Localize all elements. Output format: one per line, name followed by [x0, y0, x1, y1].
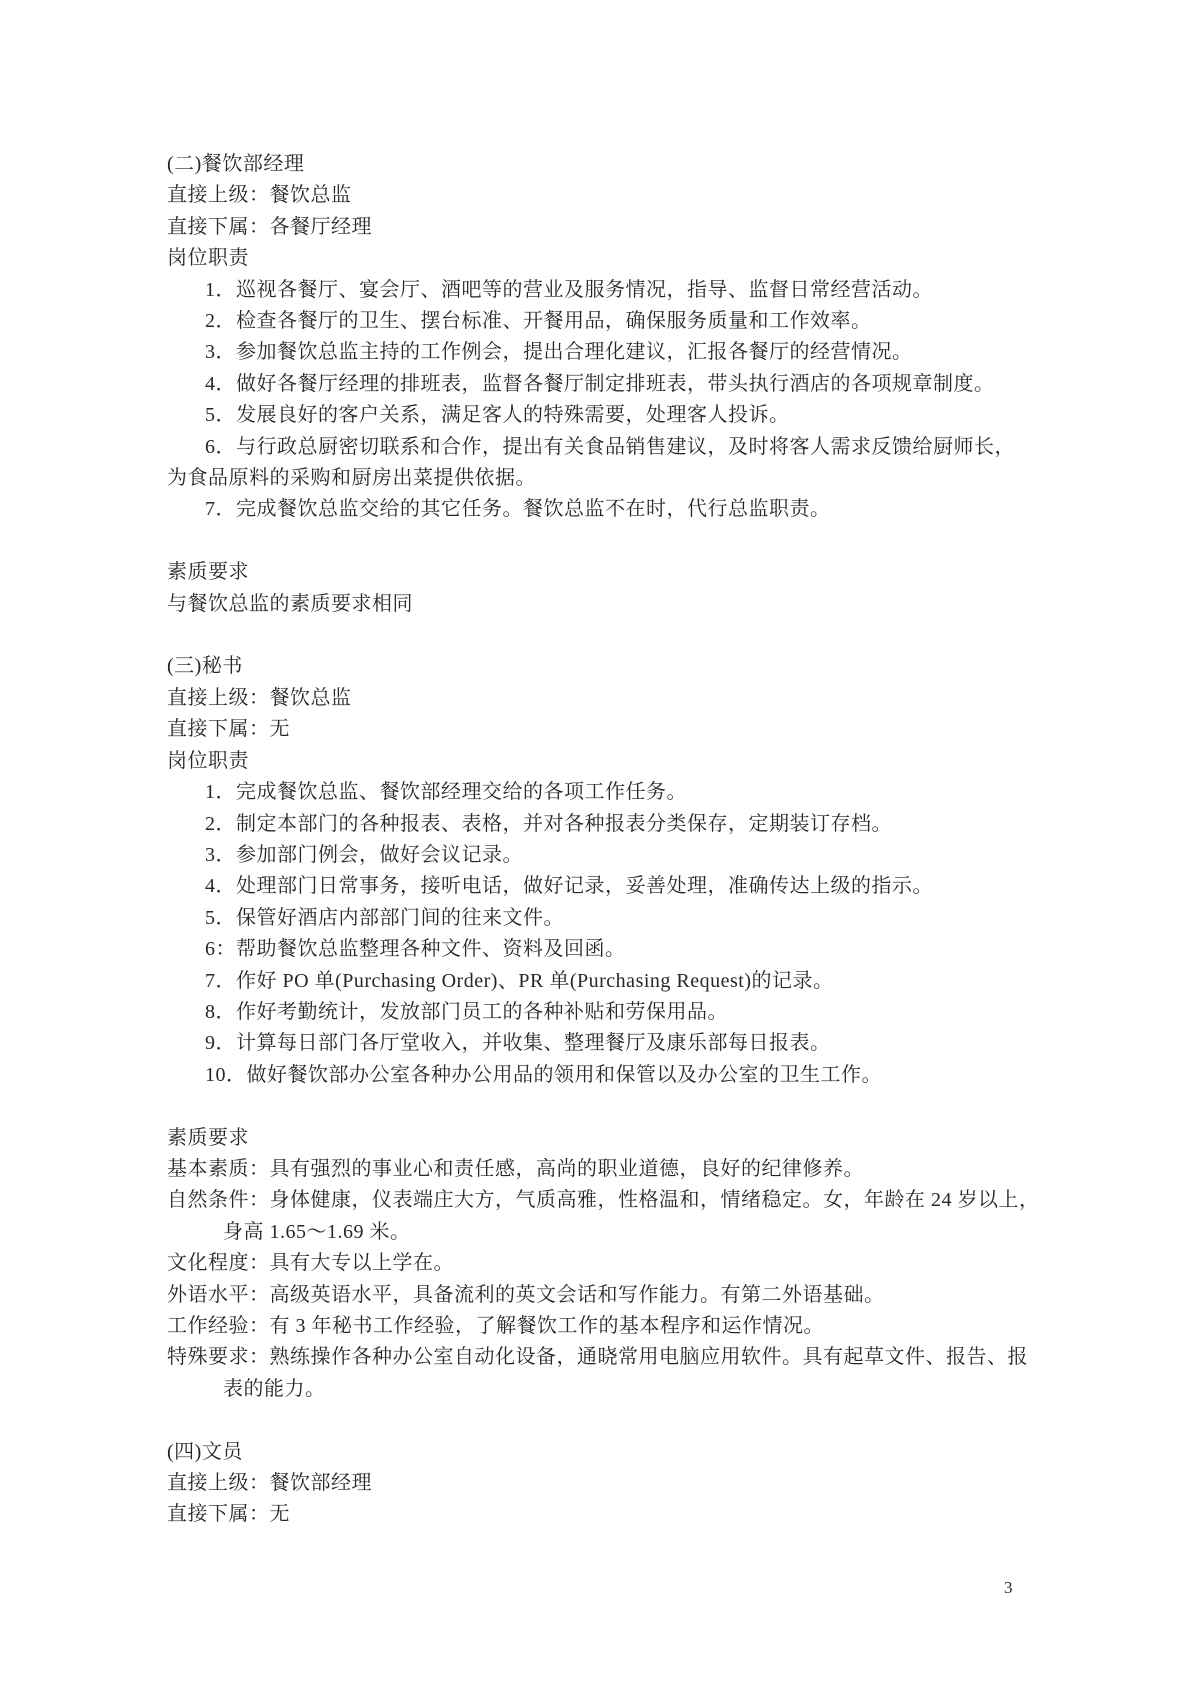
- text-line: 素质要求: [167, 1123, 1067, 1154]
- text-line: 表的能力。: [167, 1374, 1067, 1405]
- text-line: 1．巡视各餐厅、宴会厅、酒吧等的营业及服务情况，指导、监督日常经营活动。: [167, 275, 1067, 306]
- section-4-clerk: (四)文员直接上级：餐饮部经理直接下属：无: [167, 1437, 1067, 1531]
- text-line: (三)秘书: [167, 651, 1067, 682]
- text-line: 2．检查各餐厅的卫生、摆台标准、开餐用品，确保服务质量和工作效率。: [167, 306, 1067, 337]
- text-line: 8．作好考勤统计，发放部门员工的各种补贴和劳保用品。: [167, 997, 1067, 1028]
- text-line: 6：帮助餐饮总监整理各种文件、资料及回函。: [167, 934, 1067, 965]
- text-line: (二)餐饮部经理: [167, 149, 1067, 180]
- text-line: 7．完成餐饮总监交给的其它任务。餐饮总监不在时，代行总监职责。: [167, 494, 1067, 525]
- text-line: 基本素质：具有强烈的事业心和责任感，高尚的职业道德，良好的纪律修养。: [167, 1154, 1067, 1185]
- text-line: 3．参加餐饮总监主持的工作例会，提出合理化建议，汇报各餐厅的经营情况。: [167, 337, 1067, 368]
- text-line: 7．作好 PO 单(Purchasing Order)、PR 单(Purchas…: [167, 966, 1067, 997]
- text-line: 外语水平：高级英语水平，具备流利的英文会话和写作能力。有第二外语基础。: [167, 1280, 1067, 1311]
- text-line: 直接下属：无: [167, 1499, 1067, 1530]
- text-line: 6．与行政总厨密切联系和合作，提出有关食品销售建议，及时将客人需求反馈给厨师长，: [167, 432, 1067, 463]
- text-line: 岗位职责: [167, 746, 1067, 777]
- section-2-fnb-manager: (二)餐饮部经理直接上级：餐饮总监直接下属：各餐厅经理岗位职责1．巡视各餐厅、宴…: [167, 149, 1067, 526]
- text-line: 直接下属：无: [167, 714, 1067, 745]
- text-line: 身高 1.65～1.69 米。: [167, 1217, 1067, 1248]
- text-line: 4．做好各餐厅经理的排班表，监督各餐厅制定排班表，带头执行酒店的各项规章制度。: [167, 369, 1067, 400]
- text-line: 为食品原料的采购和厨房出菜提供依据。: [167, 463, 1067, 494]
- section-2-quality-requirements: 素质要求与餐饮总监的素质要求相同: [167, 557, 1067, 620]
- text-line: 直接下属：各餐厅经理: [167, 212, 1067, 243]
- text-line: 5．保管好酒店内部部门间的往来文件。: [167, 903, 1067, 934]
- text-line: 与餐饮总监的素质要求相同: [167, 589, 1067, 620]
- text-line: 1．完成餐饮总监、餐饮部经理交给的各项工作任务。: [167, 777, 1067, 808]
- section-3-secretary: (三)秘书直接上级：餐饮总监直接下属：无岗位职责1．完成餐饮总监、餐饮部经理交给…: [167, 651, 1067, 1091]
- text-line: 3．参加部门例会，做好会议记录。: [167, 840, 1067, 871]
- text-line: 特殊要求：熟练操作各种办公室自动化设备，通晓常用电脑应用软件。具有起草文件、报告…: [167, 1342, 1067, 1373]
- text-line: 直接上级：餐饮总监: [167, 180, 1067, 211]
- text-line: 自然条件：身体健康，仪表端庄大方，气质高雅，性格温和，情绪稳定。女，年龄在 24…: [167, 1185, 1067, 1216]
- text-line: 直接上级：餐饮总监: [167, 683, 1067, 714]
- text-line: (四)文员: [167, 1437, 1067, 1468]
- text-line: 4．处理部门日常事务，接听电话，做好记录，妥善处理，准确传达上级的指示。: [167, 871, 1067, 902]
- text-line: 工作经验：有 3 年秘书工作经验，了解餐饮工作的基本程序和运作情况。: [167, 1311, 1067, 1342]
- document-page: (二)餐饮部经理直接上级：餐饮总监直接下属：各餐厅经理岗位职责1．巡视各餐厅、宴…: [0, 0, 1200, 1698]
- text-line: 5．发展良好的客户关系，满足客人的特殊需要，处理客人投诉。: [167, 400, 1067, 431]
- section-3-quality-requirements: 素质要求基本素质：具有强烈的事业心和责任感，高尚的职业道德，良好的纪律修养。自然…: [167, 1123, 1067, 1406]
- text-line: 直接上级：餐饮部经理: [167, 1468, 1067, 1499]
- document-body: (二)餐饮部经理直接上级：餐饮总监直接下属：各餐厅经理岗位职责1．巡视各餐厅、宴…: [167, 149, 1067, 1531]
- text-line: 10．做好餐饮部办公室各种办公用品的领用和保管以及办公室的卫生工作。: [167, 1060, 1067, 1091]
- text-line: 9．计算每日部门各厅堂收入，并收集、整理餐厅及康乐部每日报表。: [167, 1028, 1067, 1059]
- text-line: 2．制定本部门的各种报表、表格，并对各种报表分类保存，定期装订存档。: [167, 809, 1067, 840]
- text-line: 文化程度：具有大专以上学在。: [167, 1248, 1067, 1279]
- page-number: 3: [1004, 1574, 1013, 1602]
- text-line: 岗位职责: [167, 243, 1067, 274]
- text-line: 素质要求: [167, 557, 1067, 588]
